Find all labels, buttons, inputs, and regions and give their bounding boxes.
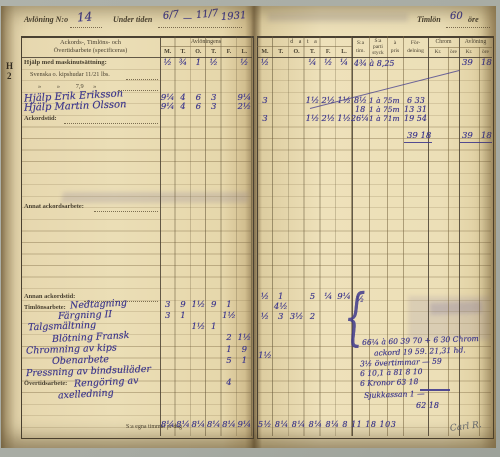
day-cell: 1 bbox=[175, 312, 190, 321]
day-cell: L. bbox=[336, 49, 352, 55]
day-cell: F. bbox=[221, 49, 236, 55]
hourly-wage-label: Timlön bbox=[417, 16, 441, 24]
day-cell: 1 bbox=[221, 346, 236, 355]
col-a-pris: à bbox=[387, 41, 403, 47]
col-sa-parti: styck bbox=[369, 51, 387, 56]
mid-row-day-values: ½33½2 bbox=[257, 313, 352, 322]
wage-number-label: Avlöning N:o bbox=[24, 16, 68, 24]
details-total-kr: 39 bbox=[462, 132, 473, 141]
work-row-day-values: 1½1 bbox=[160, 323, 252, 332]
period-year-value: 1931 bbox=[221, 11, 247, 23]
total-underline bbox=[404, 141, 432, 143]
annat-ackordsarbete-label: Annat ackordsarbete: bbox=[24, 204, 84, 210]
wage-number-value: 14 bbox=[77, 10, 93, 23]
dotted-rule bbox=[70, 26, 102, 28]
dotted-rule bbox=[158, 26, 242, 28]
day-cell: 9¼ bbox=[237, 421, 252, 430]
detail-row-sum: 18 bbox=[355, 106, 365, 114]
day-cell bbox=[191, 312, 206, 321]
annan-ackordstid-label: Annan ackordstid: bbox=[24, 294, 75, 300]
day-cell: 8¼ bbox=[221, 421, 236, 430]
machine-help-day-values: ½¾1½½ bbox=[160, 59, 252, 68]
hourly-wage-value: 60 bbox=[450, 12, 463, 22]
day-cell: ¼ bbox=[304, 59, 320, 68]
mid-row-day-values: ½15¼9¼ bbox=[257, 293, 352, 302]
day-cell: ½ bbox=[206, 59, 221, 68]
day-cell: 3 bbox=[257, 115, 273, 124]
day-cell: 8¼ bbox=[160, 421, 175, 430]
margin-tab-letter: H bbox=[6, 62, 13, 71]
day-cell: O. bbox=[289, 49, 305, 55]
row1-sum-note: 4¾ à 8,25 bbox=[354, 60, 395, 68]
day-cell bbox=[273, 115, 289, 124]
day-cell: 8¼ bbox=[175, 421, 190, 430]
detail-row-amount: 13 31 bbox=[404, 106, 427, 114]
scanned-wage-book-photo: Avlöning N:o 14 Under tiden 6/7 — 11/7 1… bbox=[0, 0, 500, 457]
detail-row-price: 1 à 75m bbox=[369, 106, 400, 114]
day-cell: ½ bbox=[257, 59, 273, 68]
col-divider bbox=[428, 36, 429, 436]
summary-line: Sjukkassan 1 — bbox=[364, 390, 425, 400]
mid-row-day-values: 4½ bbox=[257, 303, 352, 312]
dotted-rule bbox=[446, 26, 490, 28]
day-cell: 3 bbox=[206, 103, 221, 112]
day-cell bbox=[191, 357, 206, 366]
day-cell: F. bbox=[320, 49, 336, 55]
day-cell bbox=[320, 313, 336, 322]
day-cell bbox=[175, 379, 190, 388]
day-cell: 1½ bbox=[304, 115, 320, 124]
day-cell bbox=[273, 59, 289, 68]
day-cell bbox=[289, 293, 305, 302]
right-day-letters: M.T.O.T.F.L. bbox=[257, 49, 352, 55]
day-cell bbox=[206, 379, 221, 388]
row1-day-values: ½¼½¼ bbox=[257, 59, 352, 68]
day-cell: 3 bbox=[160, 312, 175, 321]
day-cell: T. bbox=[273, 49, 289, 55]
day-cell bbox=[273, 352, 289, 361]
day-cell: 1½ bbox=[237, 334, 252, 343]
day-cell bbox=[160, 357, 175, 366]
overtidsarbete-label: Övertidsarbete: bbox=[24, 381, 67, 387]
col-a-pris: pris bbox=[387, 49, 403, 55]
dotted-rule bbox=[118, 89, 158, 91]
day-cell bbox=[320, 352, 336, 361]
col-sa-tim: tim. bbox=[352, 49, 369, 55]
day-cell bbox=[160, 334, 175, 343]
day-cell: M. bbox=[257, 49, 273, 55]
left-desc-header-line1: Ackords-, Timlöns- och bbox=[21, 40, 160, 46]
summary-line: 6 Kronor 63 18 bbox=[360, 378, 419, 388]
day-cell bbox=[336, 352, 352, 361]
day-cell: 5 bbox=[221, 357, 236, 366]
day-cell: 3½ bbox=[289, 313, 305, 322]
spec-line-2: » » 7,9 » bbox=[38, 84, 96, 90]
day-cell: 2 bbox=[304, 313, 320, 322]
day-cell: 1½ bbox=[221, 312, 236, 321]
work-row-label: Talgsmältning bbox=[28, 321, 96, 333]
col-chrom: Chrom bbox=[428, 40, 459, 46]
day-cell: ¼ bbox=[336, 59, 352, 68]
details-total: 39 18 bbox=[407, 132, 431, 141]
day-cell bbox=[175, 357, 190, 366]
row1-amount-kr: 39 bbox=[462, 59, 473, 68]
day-cell bbox=[206, 357, 221, 366]
day-cell: T. bbox=[206, 49, 221, 55]
col-avloning-kr: Kr. bbox=[459, 50, 479, 55]
day-cell: O. bbox=[191, 49, 206, 55]
total-underline bbox=[460, 141, 492, 143]
col-sa-tim: S:a bbox=[352, 41, 369, 47]
detail-row-amount: 19 54 bbox=[404, 115, 427, 123]
day-cell: 1 bbox=[221, 301, 236, 310]
day-cell: 1 bbox=[206, 323, 221, 332]
day-cell: 4 bbox=[221, 379, 236, 388]
col-avloning: Avlöning bbox=[459, 40, 492, 46]
day-cell bbox=[237, 312, 252, 321]
day-cell bbox=[237, 301, 252, 310]
day-cell: 1½ bbox=[336, 115, 352, 124]
hourly-wage-unit: öre bbox=[468, 16, 479, 24]
left-desc-header-line2: Övertidsarbete (specificeras) bbox=[21, 48, 160, 54]
dotted-rule bbox=[126, 78, 158, 80]
left-days-title: Avlöningens bbox=[160, 39, 252, 45]
detail-row-price: 1 à 71m bbox=[369, 115, 400, 123]
dotted-rule bbox=[64, 122, 158, 124]
day-cell bbox=[320, 303, 336, 312]
col-fordelning: För- bbox=[403, 41, 428, 47]
day-cell: 2½ bbox=[320, 115, 336, 124]
day-cell: 8¼ bbox=[206, 421, 221, 430]
day-cell: 9¼ bbox=[160, 103, 175, 112]
day-cell: 4 bbox=[175, 103, 190, 112]
day-cell bbox=[221, 94, 236, 103]
summary-line: 62 18 bbox=[416, 402, 439, 410]
col-avloning-ore: öre bbox=[479, 50, 492, 55]
day-cell: 5 bbox=[304, 293, 320, 302]
day-cell: 1 bbox=[237, 357, 252, 366]
day-cell bbox=[257, 303, 273, 312]
machine-help-label: Hjälp med maskinutsättning: bbox=[24, 60, 107, 67]
period-label: Under tiden bbox=[113, 16, 152, 24]
day-cell: 9 bbox=[206, 301, 221, 310]
day-cell: 2 bbox=[221, 334, 236, 343]
day-cell bbox=[289, 97, 305, 106]
day-cell: 1½ bbox=[304, 97, 320, 106]
day-cell: 3 bbox=[160, 301, 175, 310]
day-cell: 1½ bbox=[336, 97, 352, 106]
day-cell bbox=[191, 334, 206, 343]
day-cell bbox=[206, 346, 221, 355]
col-chrom-kr: Kr. bbox=[428, 50, 448, 55]
col-divider bbox=[459, 36, 460, 436]
left-footer-day-values: 8¼8¼8¼8¼8¼9¼ bbox=[160, 421, 252, 430]
kr-ore-divider bbox=[448, 47, 449, 436]
mid-row-day-values: 1½ bbox=[257, 352, 352, 361]
work-row-day-values: 391½91 bbox=[160, 301, 252, 310]
ackordstid-label: Ackordstid: bbox=[24, 116, 57, 122]
day-cell bbox=[206, 334, 221, 343]
right-header-underline bbox=[257, 57, 492, 58]
day-cell: T. bbox=[304, 49, 320, 55]
day-cell: 9 bbox=[175, 301, 190, 310]
day-cell bbox=[191, 346, 206, 355]
day-cell: 1 bbox=[273, 293, 289, 302]
day-cell bbox=[221, 59, 236, 68]
day-cell bbox=[289, 115, 305, 124]
day-cell bbox=[289, 352, 305, 361]
data-title: d a t a bbox=[257, 39, 352, 45]
day-cell bbox=[304, 303, 320, 312]
day-cell bbox=[273, 97, 289, 106]
day-cell bbox=[160, 323, 175, 332]
dotted-rule bbox=[94, 210, 158, 212]
day-cell: 3 bbox=[273, 313, 289, 322]
day-cell bbox=[221, 103, 236, 112]
day-cell: ½ bbox=[160, 59, 175, 68]
detail-row-sum: 8½ bbox=[354, 97, 367, 105]
margin-tab-number: 2 bbox=[7, 72, 12, 81]
detail-row-price: 1 à 75m bbox=[369, 97, 400, 105]
day-cell: ½ bbox=[320, 59, 336, 68]
left-days-title-underline bbox=[160, 46, 252, 47]
day-cell bbox=[175, 323, 190, 332]
work-row-day-values: 19 bbox=[160, 346, 252, 355]
day-cell: 1 bbox=[191, 59, 206, 68]
day-cell bbox=[221, 323, 236, 332]
data-title-underline bbox=[257, 46, 352, 47]
work-row-day-values: 51 bbox=[160, 357, 252, 366]
period-dash: — bbox=[183, 15, 192, 24]
day-cell: 6 bbox=[191, 103, 206, 112]
day-cell: ¼ bbox=[320, 293, 336, 302]
day-cell: ½ bbox=[257, 313, 273, 322]
worker-2-day-values: 9¼4632½ bbox=[160, 103, 252, 112]
day-cell: 1½ bbox=[257, 352, 273, 361]
day-cell bbox=[237, 379, 252, 388]
day-cell bbox=[160, 379, 175, 388]
day-cell: 2½ bbox=[237, 103, 252, 112]
right-footer-hours: 5½ 8¼ 8¼ 8¼ 8¼ 8 11 18 103 bbox=[258, 421, 396, 429]
money-header-underline bbox=[428, 47, 492, 48]
day-cell: 4½ bbox=[273, 303, 289, 312]
period-from-value: 6/7 bbox=[162, 10, 179, 22]
day-cell: 1½ bbox=[191, 301, 206, 310]
day-cell bbox=[304, 352, 320, 361]
col-chrom-ore: öre bbox=[448, 50, 459, 55]
day-cell bbox=[191, 379, 206, 388]
row1-amount-ore: 18 bbox=[481, 59, 492, 68]
spec-line-1: Svenska o. kipshudar 11/21 lbs. bbox=[30, 72, 110, 78]
details-total-ore: 18 bbox=[481, 132, 492, 141]
day-cell: 9 bbox=[237, 346, 252, 355]
day-cell bbox=[175, 346, 190, 355]
kr-ore-divider bbox=[479, 47, 480, 436]
day-cell bbox=[175, 334, 190, 343]
day-cell bbox=[289, 59, 305, 68]
day-cell: L. bbox=[237, 49, 252, 55]
day-cell: M. bbox=[160, 49, 175, 55]
detail-row-day-values: 31½2½1½ bbox=[257, 115, 352, 124]
detail-row-day-values: 31½2½1½ bbox=[257, 97, 352, 106]
work-row-day-values: 21½ bbox=[160, 334, 252, 343]
detail-row-amount: 6 33 bbox=[407, 97, 425, 105]
col-fordelning: delning bbox=[403, 49, 428, 55]
day-cell: 1½ bbox=[191, 323, 206, 332]
work-row-day-values: 4 bbox=[160, 379, 252, 388]
day-cell: 2½ bbox=[320, 97, 336, 106]
detail-row-sum: 26¼ bbox=[351, 115, 369, 123]
day-cell: ½ bbox=[237, 59, 252, 68]
day-cell bbox=[160, 346, 175, 355]
day-cell bbox=[237, 323, 252, 332]
day-cell bbox=[206, 312, 221, 321]
day-cell: T. bbox=[175, 49, 190, 55]
day-cell: ¾ bbox=[175, 59, 190, 68]
day-cell: 3 bbox=[257, 97, 273, 106]
day-cell: ½ bbox=[257, 293, 273, 302]
work-row-day-values: 311½ bbox=[160, 312, 252, 321]
left-day-letters: M.T.O.T.F.L. bbox=[160, 49, 252, 55]
day-cell: 8¼ bbox=[191, 421, 206, 430]
day-cell bbox=[289, 303, 305, 312]
